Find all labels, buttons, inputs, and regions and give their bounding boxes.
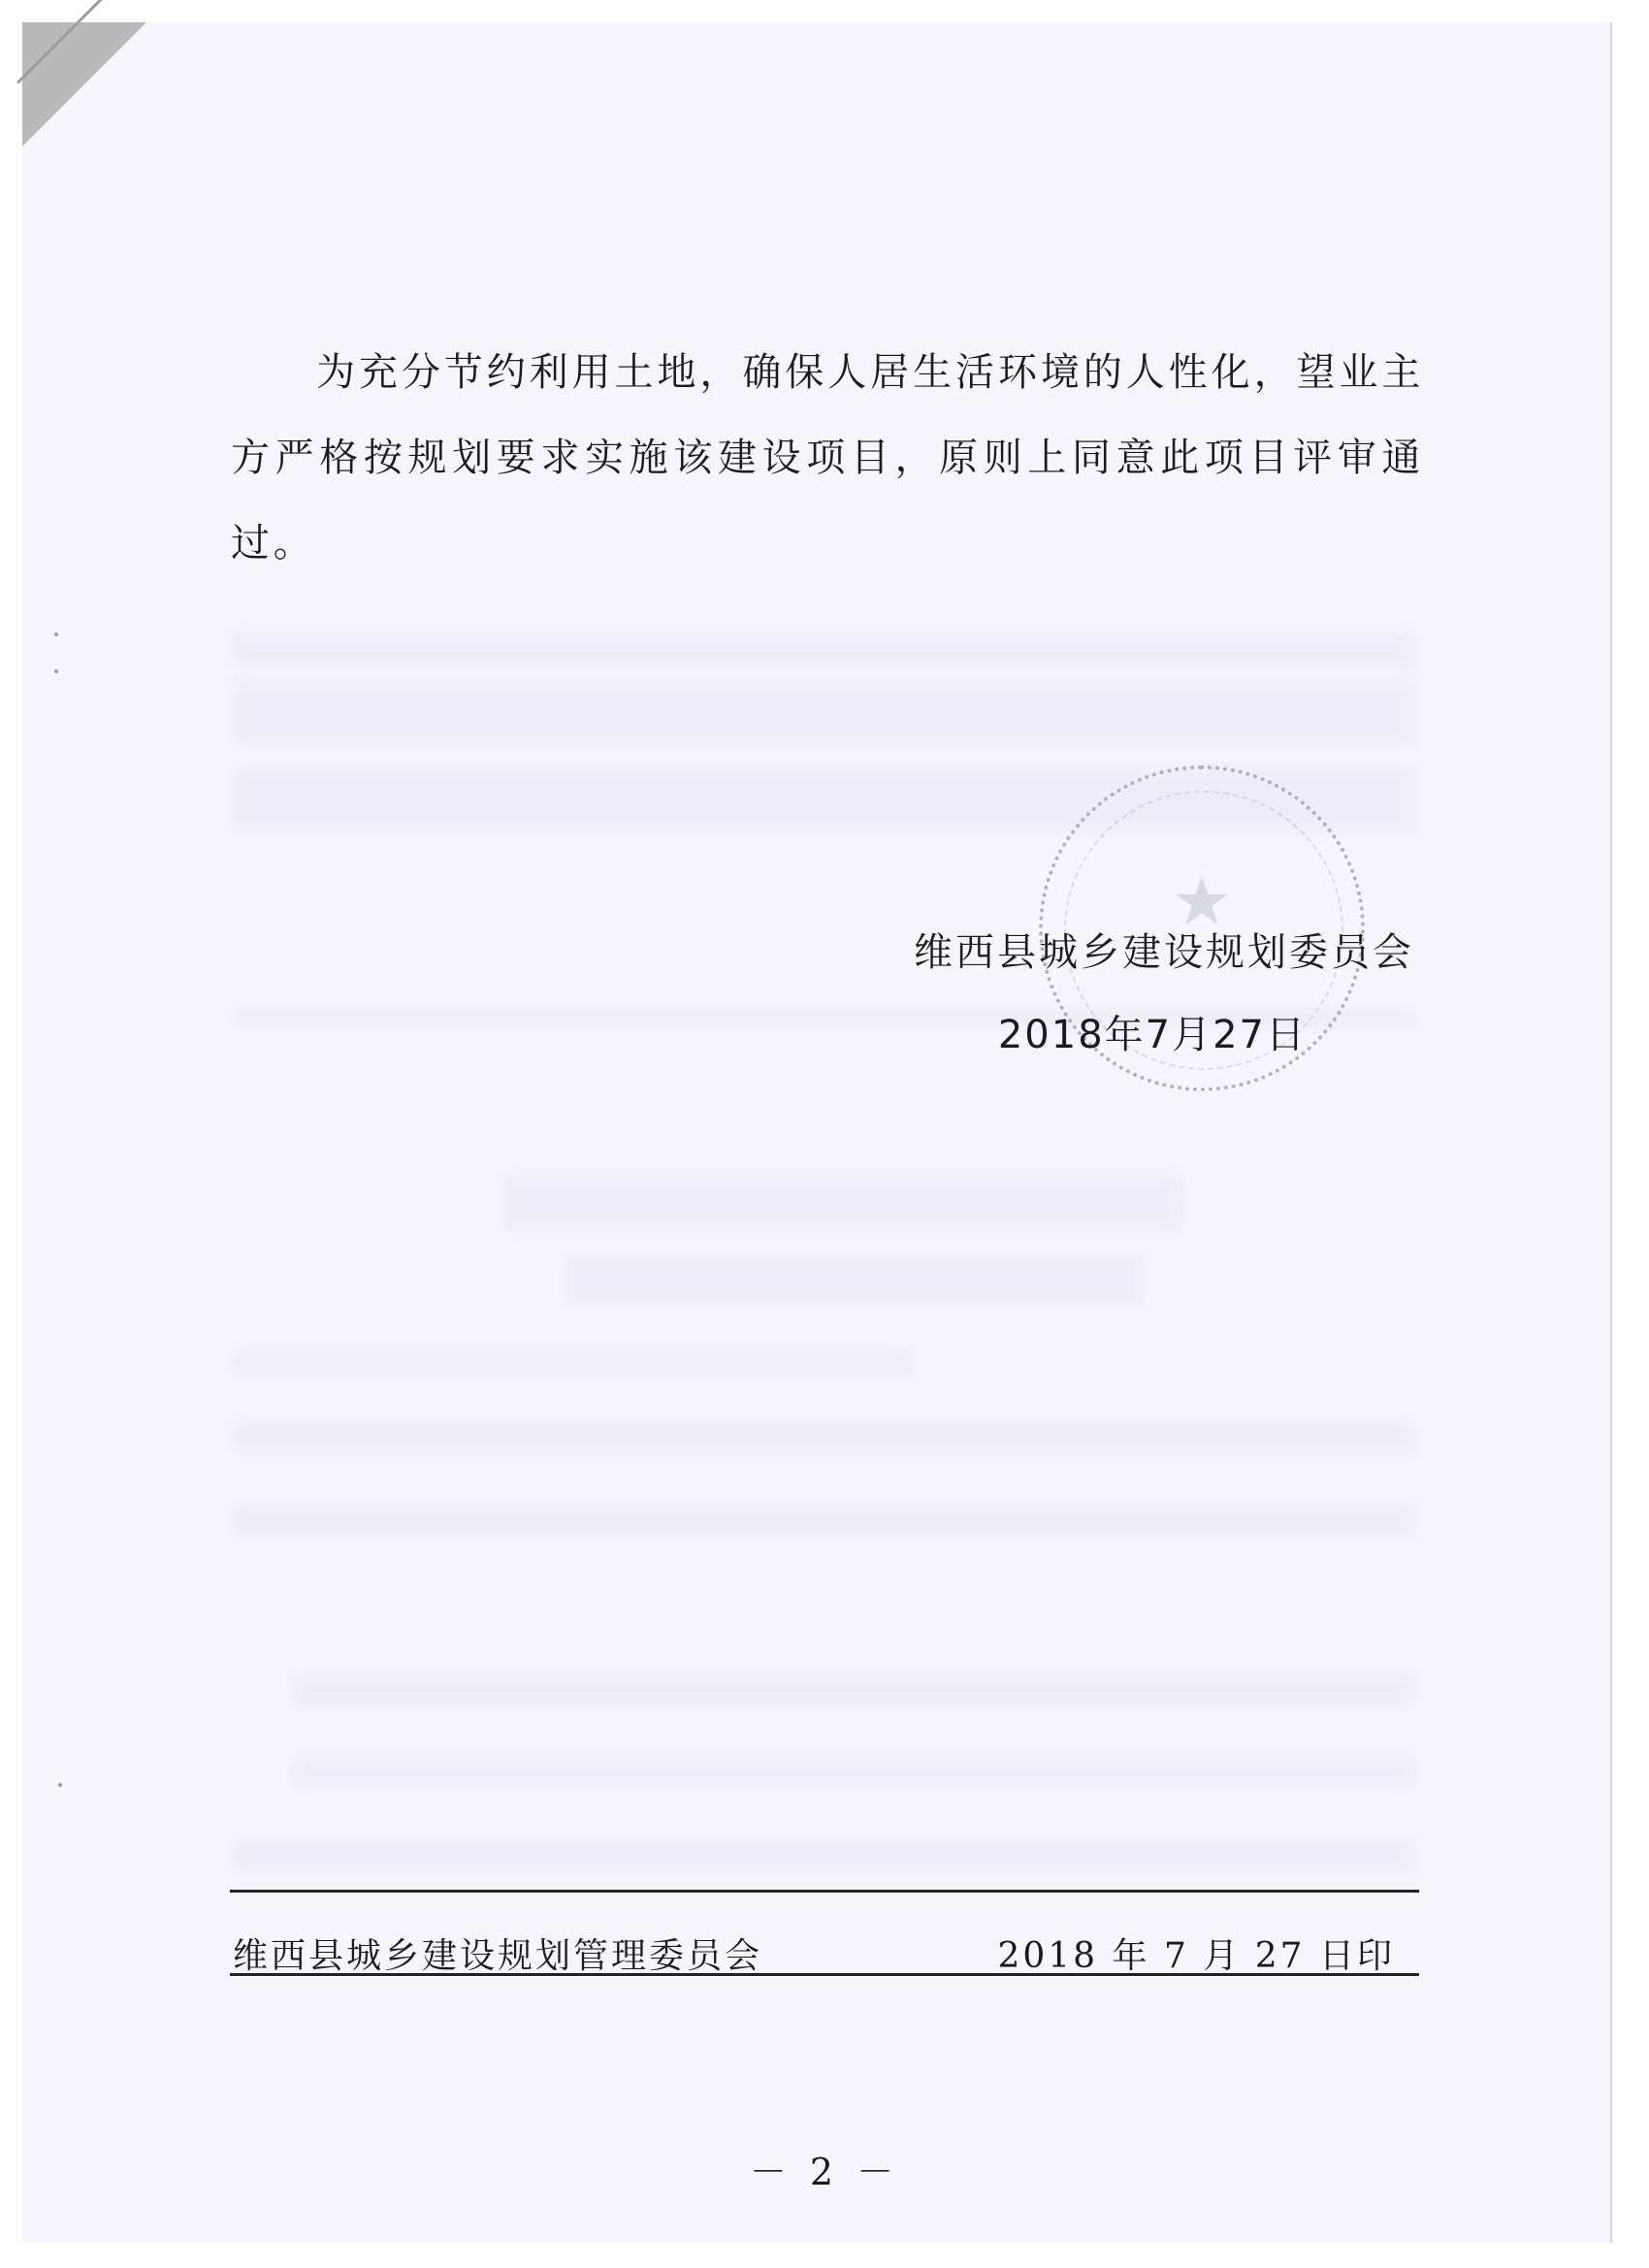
bleed-through-shadow xyxy=(233,1421,1416,1455)
bleed-through-shadow xyxy=(291,1756,1416,1790)
bleed-through-shadow xyxy=(504,1174,1183,1232)
bleed-through-shadow xyxy=(233,679,1416,747)
bleed-through-shadow xyxy=(291,1673,1416,1707)
folded-corner xyxy=(22,22,146,146)
footer-bottom-rule xyxy=(230,1973,1419,1976)
scan-speck xyxy=(54,632,58,636)
page-number: － 2 － xyxy=(0,2142,1649,2195)
signature-date: 2018年7月27日 xyxy=(998,1004,1307,1059)
bleed-through-shadow xyxy=(233,1504,1416,1538)
bleed-through-shadow xyxy=(563,1256,1145,1305)
bleed-through-shadow xyxy=(233,631,1416,669)
footer-issuer: 维西县城乡建设规划管理委员会 xyxy=(233,1928,762,1978)
bleed-through-shadow xyxy=(233,1348,912,1377)
scan-speck xyxy=(58,1783,62,1787)
scan-speck xyxy=(54,669,58,673)
footer-print-date: 2018 年 7 月 27 日印 xyxy=(997,1928,1395,1978)
bleed-through-shadow xyxy=(233,1838,1416,1872)
signature-organization: 维西县城乡建设规划委员会 xyxy=(914,922,1414,977)
body-paragraph: 为充分节约利用土地，确保人居生活环境的人性化，望业主方严格按规划要求实施该建设项… xyxy=(231,330,1424,586)
footer-top-rule xyxy=(230,1890,1419,1893)
